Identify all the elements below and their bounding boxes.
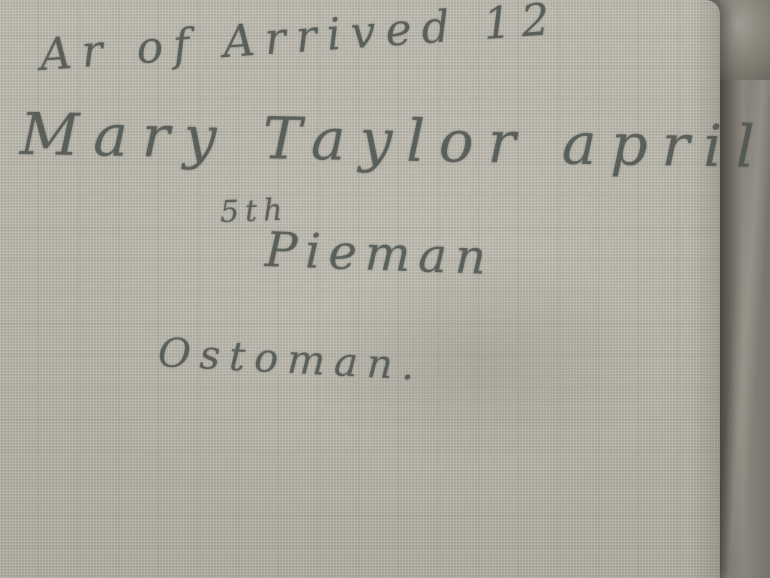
inscription-line-1: Ar of Arrived 12 bbox=[38, 0, 561, 81]
linen-photograph: Ar of Arrived 12 Mary Taylor april 5th P… bbox=[0, 0, 770, 578]
linen-cloth: Ar of Arrived 12 Mary Taylor april 5th P… bbox=[0, 0, 720, 578]
inscription-line-3: Pieman bbox=[264, 222, 495, 286]
inscription-line-2: Mary Taylor april bbox=[19, 100, 769, 181]
cloth-edge-shadow bbox=[690, 0, 720, 578]
